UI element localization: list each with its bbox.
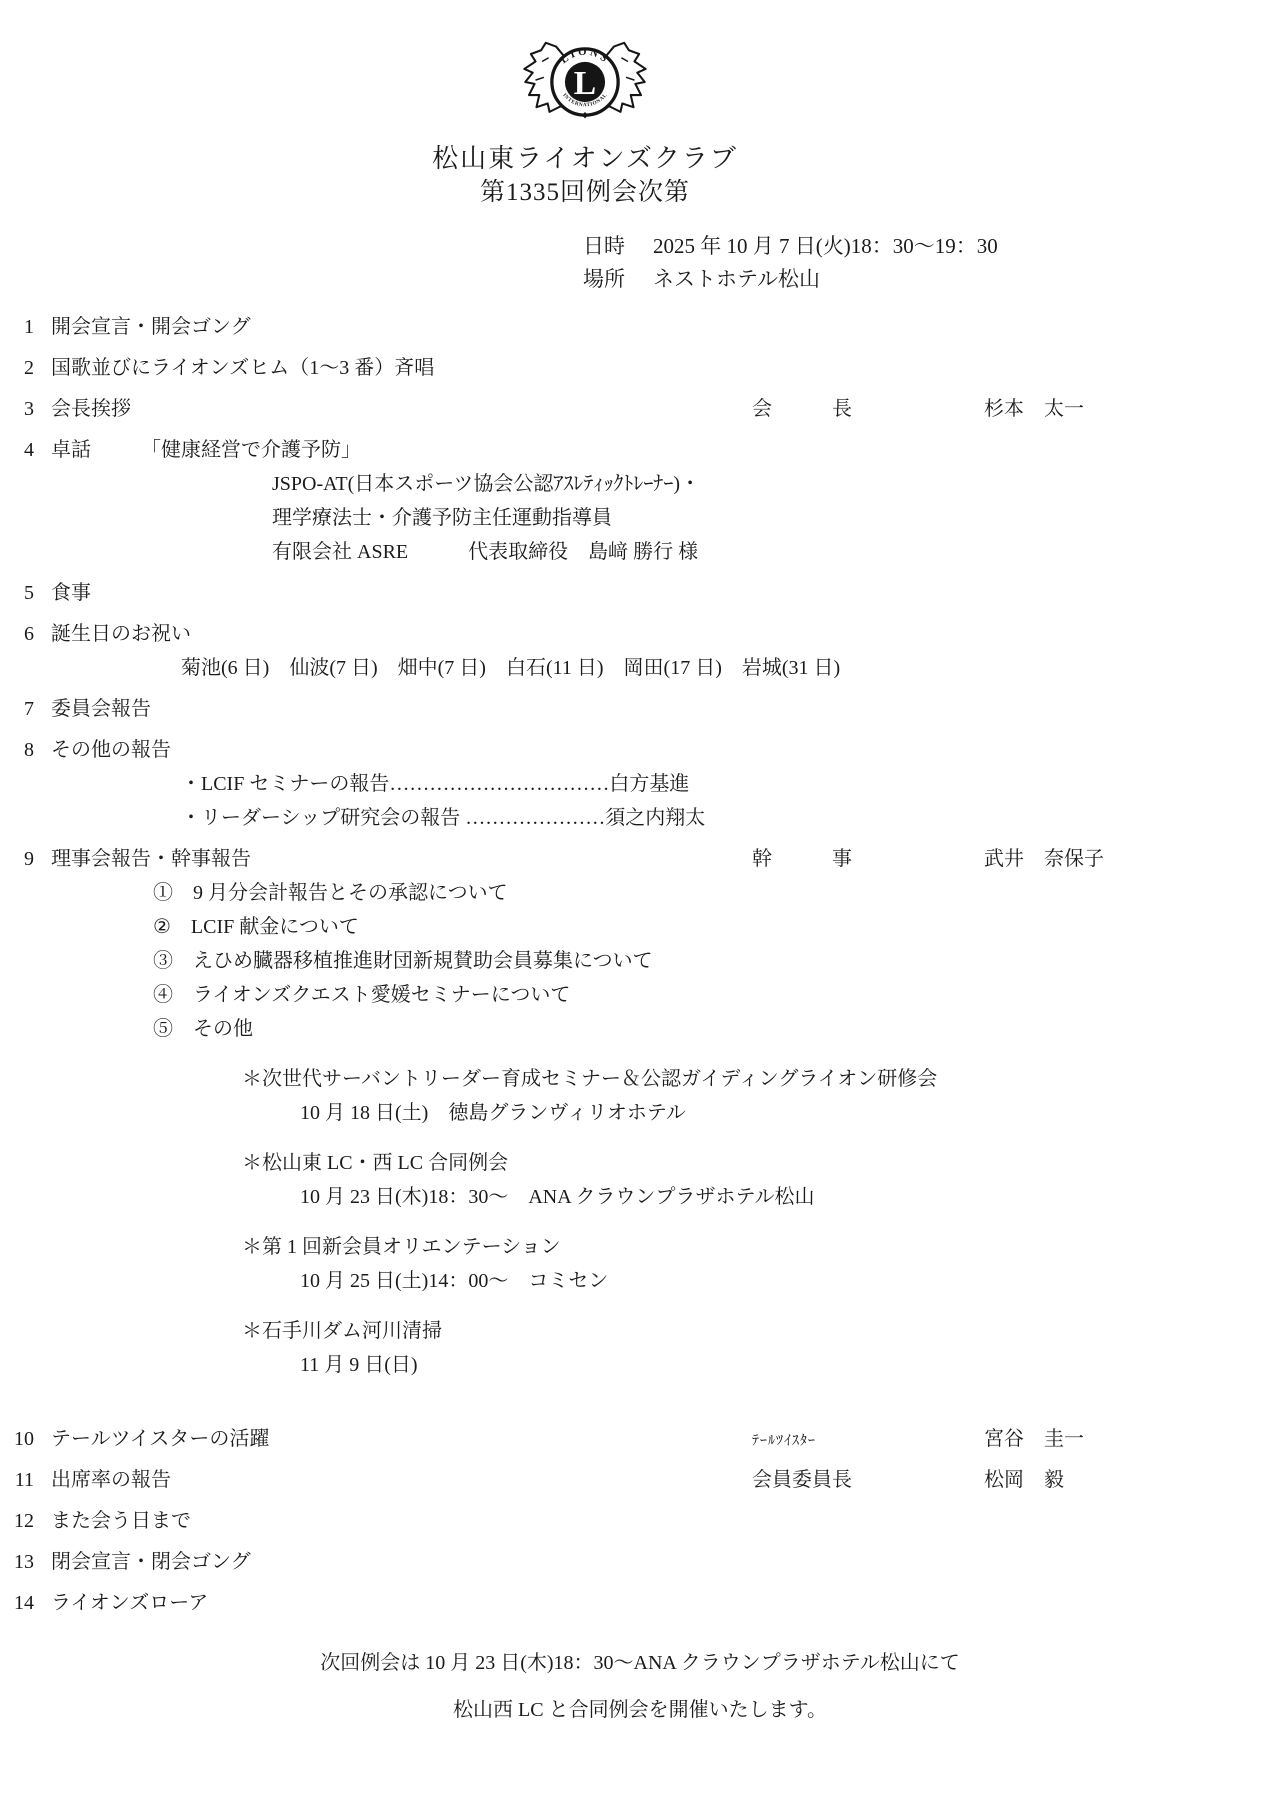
agenda-item-title: テールツイスターの活躍 (51, 1426, 269, 1452)
agenda-item-officer: 会員委員長松岡 毅 (752, 1467, 1064, 1493)
agenda-item-title: 出席率の報告 (51, 1467, 171, 1493)
agenda-subline: 10 月 18 日(土) 徳島グランヴィリオホテル (0, 1100, 1280, 1126)
agenda-subline: ・LCIF セミナーの報告……………………………白方基進 (0, 771, 1280, 797)
agenda-item-title: 卓話 「健康経営で介護予防」 (51, 437, 361, 463)
club-name: 松山東ライオンズクラブ (0, 143, 1170, 175)
agenda-subline: ④ ライオンズクエスト愛媛セミナーについて (0, 982, 1280, 1008)
agenda-item-number: 10 (0, 1426, 34, 1452)
meta-datetime-row: 日時 2025 年 10 月 7 日(火)18：30～19：30 (583, 230, 1280, 263)
agenda-item-number: 1 (0, 314, 34, 340)
document-header: LIONS INTERNATIONAL L 松山東ライオンズクラブ 第1335回… (0, 0, 1170, 208)
agenda-item-4: 4卓話 「健康経営で介護予防」 (0, 437, 1280, 463)
agenda-subline: ＊次世代サーバントリーダー育成セミナー＆公認ガイディングライオン研修会 (0, 1066, 1280, 1092)
venue-label: 場所 (583, 263, 653, 296)
document-page: LIONS INTERNATIONAL L 松山東ライオンズクラブ 第1335回… (0, 0, 1280, 1810)
agenda-subline: ① 9 月分会計報告とその承認について (0, 880, 1280, 906)
agenda-item-title: 誕生日のお祝い (51, 621, 191, 647)
officer-role: 会員委員長 (752, 1467, 984, 1493)
agenda-item-title: 国歌並びにライオンズヒム（1～3 番）斉唱 (51, 355, 434, 381)
agenda-subline: 有限会社 ASRE 代表取締役 島﨑 勝行 様 (0, 539, 1280, 565)
agenda-subline: ＊松山東 LC・西 LC 合同例会 (0, 1150, 1280, 1176)
agenda-item-7: 7委員会報告 (0, 696, 1280, 722)
agenda-item-number: 6 (0, 621, 34, 647)
datetime-value: 2025 年 10 月 7 日(火)18：30～19：30 (653, 230, 998, 263)
agenda-item-number: 8 (0, 737, 34, 763)
agenda-item-14: 14ライオンズローア (0, 1590, 1280, 1616)
agenda-item-officer: 会 長杉本 太一 (752, 396, 1084, 422)
meeting-meta: 日時 2025 年 10 月 7 日(火)18：30～19：30 場所 ネストホ… (583, 230, 1280, 296)
agenda-item-title: ライオンズローア (51, 1590, 208, 1616)
agenda-item-title: 理事会報告・幹事報告 (51, 846, 251, 872)
agenda-item-number: 4 (0, 437, 34, 463)
footer-line-1: 次回例会は 10 月 23 日(木)18：30～ANA クラウンプラザホテル松山… (0, 1640, 1280, 1687)
agenda-item-1: 1開会宣言・開会ゴング (0, 314, 1280, 340)
footer-line-2: 松山西 LC と合同例会を開催いたします。 (0, 1687, 1280, 1734)
agenda-item-title: その他の報告 (51, 737, 171, 763)
agenda-list: 1開会宣言・開会ゴング2国歌並びにライオンズヒム（1～3 番）斉唱3会長挨拶会 … (0, 314, 1280, 1616)
agenda-item-number: 14 (0, 1590, 34, 1616)
agenda-item-number: 2 (0, 355, 34, 381)
officer-name: 武井 奈保子 (984, 846, 1104, 872)
agenda-item-number: 12 (0, 1508, 34, 1534)
agenda-item-title: 開会宣言・開会ゴング (51, 314, 251, 340)
agenda-item-title: また会う日まで (51, 1508, 191, 1534)
officer-role: ﾃｰﾙﾂｲｽﾀｰ (752, 1429, 984, 1455)
agenda-subline: ・リーダーシップ研究会の報告 …………………須之内翔太 (0, 805, 1280, 831)
agenda-subline: ② LCIF 献金について (0, 914, 1280, 940)
agenda-subline: ＊石手川ダム河川清掃 (0, 1318, 1280, 1344)
agenda-item-2: 2国歌並びにライオンズヒム（1～3 番）斉唱 (0, 355, 1280, 381)
agenda-subline: 理学療法士・介護予防主任運動指導員 (0, 505, 1280, 531)
agenda-item-9: 9理事会報告・幹事報告幹 事武井 奈保子 (0, 846, 1280, 872)
agenda-item-13: 13閉会宣言・閉会ゴング (0, 1549, 1280, 1575)
agenda-subline: JSPO-AT(日本スポーツ協会公認ｱｽﾚﾃｨｯｸﾄﾚｰﾅｰ)・ (0, 471, 1280, 497)
agenda-item-12: 12また会う日まで (0, 1508, 1280, 1534)
agenda-item-10: 10テールツイスターの活躍ﾃｰﾙﾂｲｽﾀｰ宮谷 圭一 (0, 1426, 1280, 1452)
agenda-subline: ③ えひめ臓器移植推進財団新規賛助会員募集について (0, 948, 1280, 974)
officer-role: 幹 事 (752, 846, 984, 872)
officer-name: 松岡 毅 (984, 1467, 1064, 1493)
agenda-subline: ＊第 1 回新会員オリエンテーション (0, 1234, 1280, 1260)
agenda-item-number: 3 (0, 396, 34, 422)
agenda-subline: 10 月 23 日(木)18：30～ ANA クラウンプラザホテル松山 (0, 1184, 1280, 1210)
officer-role: 会 長 (752, 396, 984, 422)
agenda-subline: 菊池(6 日) 仙波(7 日) 畑中(7 日) 白石(11 日) 岡田(17 日… (0, 655, 1280, 681)
officer-name: 杉本 太一 (984, 396, 1084, 422)
venue-value: ネストホテル松山 (653, 263, 820, 296)
lions-international-logo-icon: LIONS INTERNATIONAL L (510, 26, 660, 138)
agenda-item-11: 11出席率の報告会員委員長松岡 毅 (0, 1467, 1280, 1493)
agenda-item-title: 閉会宣言・閉会ゴング (51, 1549, 251, 1575)
agenda-item-title: 委員会報告 (51, 696, 151, 722)
agenda-item-title: 会長挨拶 (51, 396, 131, 422)
agenda-subline: 11 月 9 日(日) (0, 1352, 1280, 1378)
agenda-subline: ⑤ その他 (0, 1016, 1280, 1042)
agenda-item-title: 食事 (51, 580, 91, 606)
agenda-item-3: 3会長挨拶会 長杉本 太一 (0, 396, 1280, 422)
agenda-item-number: 13 (0, 1549, 34, 1575)
agenda-item-number: 5 (0, 580, 34, 606)
agenda-item-number: 11 (0, 1467, 34, 1493)
agenda-item-number: 7 (0, 696, 34, 722)
logo-center-letter: L (574, 65, 596, 102)
agenda-item-officer: ﾃｰﾙﾂｲｽﾀｰ宮谷 圭一 (752, 1426, 1084, 1455)
document-footer: 次回例会は 10 月 23 日(木)18：30～ANA クラウンプラザホテル松山… (0, 1640, 1280, 1734)
agenda-item-8: 8その他の報告 (0, 737, 1280, 763)
officer-name: 宮谷 圭一 (984, 1426, 1084, 1452)
meeting-title: 第1335回例会次第 (0, 178, 1170, 208)
agenda-item-6: 6誕生日のお祝い (0, 621, 1280, 647)
agenda-item-5: 5食事 (0, 580, 1280, 606)
meta-venue-row: 場所 ネストホテル松山 (583, 263, 1280, 296)
agenda-item-number: 9 (0, 846, 34, 872)
agenda-subline: 10 月 25 日(土)14：00～ コミセン (0, 1268, 1280, 1294)
datetime-label: 日時 (583, 230, 653, 263)
agenda-item-officer: 幹 事武井 奈保子 (752, 846, 1104, 872)
